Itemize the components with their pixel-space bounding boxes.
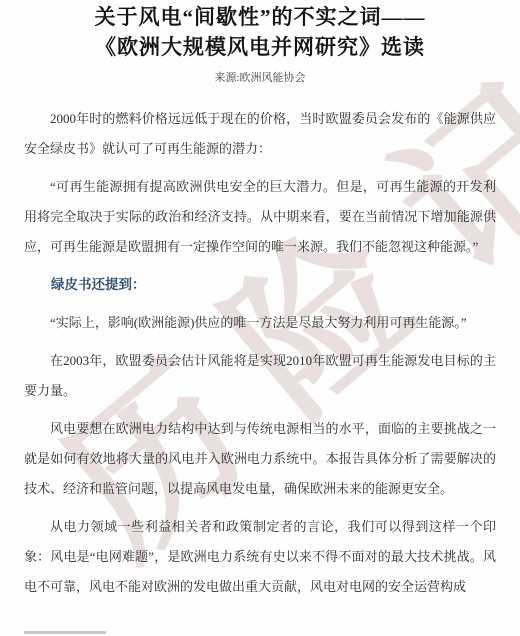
- quote-supply-method: “实际上，影响(欧洲能源)供应的唯一方法是尽最大努力利用可再生能源。”: [24, 308, 496, 338]
- article-page: 历险记 关于风电“间歇性”的不实之词—— 《欧洲大规模风电并网研究》选读 来源:…: [0, 0, 520, 636]
- cropped-next-line-fragment: [24, 631, 106, 634]
- source-line: 来源:欧洲风能协会: [24, 70, 496, 86]
- paragraph-intro: 2000年时的燃料价格远远低于现在的价格，当时欧盟委员会发布的《能源供应安全绿皮…: [24, 104, 496, 164]
- article-content: 关于风电“间歇性”的不实之词—— 《欧洲大规模风电并网研究》选读 来源:欧洲风能…: [0, 0, 520, 602]
- page-title-line-2: 《欧洲大规模风电并网研究》选读: [24, 32, 496, 62]
- section-heading-green-paper: 绿皮书还提到：: [24, 270, 496, 300]
- page-title-line-1: 关于风电“间歇性”的不实之词——: [24, 2, 496, 32]
- paragraph-integration-challenge: 风电要想在欧洲电力结构中达到与传统电源相当的水平，面临的主要挑战之一就是如何有效…: [24, 414, 496, 504]
- page-title: 关于风电“间歇性”的不实之词—— 《欧洲大规模风电并网研究》选读: [24, 2, 496, 62]
- quote-green-paper: “可再生能源拥有提高欧洲供电安全的巨大潜力。但是，可再生能源的开发利用将完全取决…: [24, 172, 496, 262]
- paragraph-2003-estimate: 在2003年，欧盟委员会估计风能将是实现2010年欧盟可再生能源发电目标的主要力…: [24, 346, 496, 406]
- paragraph-stakeholder-impression: 从电力领域一些利益相关者和政策制定者的言论，我们可以得到这样一个印象：风电是“电…: [24, 512, 496, 602]
